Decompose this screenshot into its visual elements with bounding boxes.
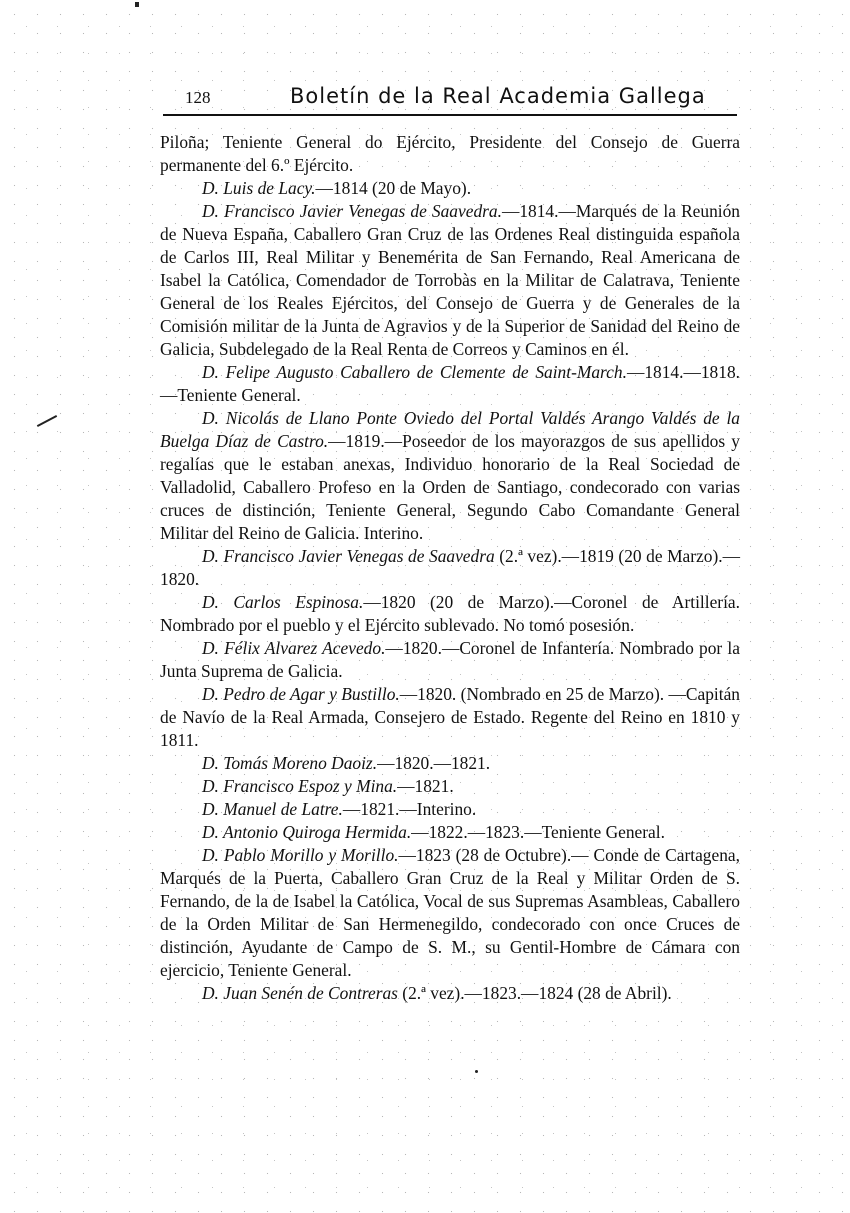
header-rule	[163, 114, 737, 116]
page-number: 128	[185, 88, 211, 108]
person-name: D. Félix Alvarez Acevedo.	[202, 638, 385, 658]
paragraph: D. Juan Senén de Contreras (2.ª vez).—18…	[160, 982, 740, 1005]
paragraph: D. Pedro de Agar y Bustillo.—1820. (Nomb…	[160, 683, 740, 752]
person-name: D. Carlos Espinosa.	[202, 592, 363, 612]
paragraph: D. Pablo Morillo y Morillo.—1823 (28 de …	[160, 844, 740, 982]
scan-mark	[475, 1070, 478, 1073]
paragraph: Piloña; Teniente General do Ejército, Pr…	[160, 131, 740, 177]
person-name: D. Pablo Morillo y Morillo.	[202, 845, 398, 865]
person-name: D. Antonio Quiroga Hermida.	[202, 822, 411, 842]
scan-mark	[135, 2, 139, 7]
margin-pencil-mark	[37, 415, 57, 427]
paragraph: D. Carlos Espinosa.—1820 (20 de Marzo).—…	[160, 591, 740, 637]
paragraph: D. Francisco Javier Venegas de Saavedra.…	[160, 200, 740, 361]
person-name: D. Pedro de Agar y Bustillo.	[202, 684, 400, 704]
paragraph: D. Manuel de Latre.—1821.—Interino.	[160, 798, 740, 821]
person-name: D. Francisco Javier Venegas de Saavedra.	[202, 201, 502, 221]
paragraph: D. Nicolás de Llano Ponte Oviedo del Por…	[160, 407, 740, 545]
paragraph: D. Luis de Lacy.—1814 (20 de Mayo).	[160, 177, 740, 200]
person-name: D. Luis de Lacy.	[202, 178, 316, 198]
person-name: D. Tomás Moreno Daoiz.	[202, 753, 377, 773]
paragraph: D. Antonio Quiroga Hermida.—1822.—1823.—…	[160, 821, 740, 844]
person-name: D. Francisco Javier Venegas de Saavedra	[202, 546, 495, 566]
person-name: D. Manuel de Latre.	[202, 799, 343, 819]
paragraph: D. Félix Alvarez Acevedo.—1820.—Coronel …	[160, 637, 740, 683]
body-text: Piloña; Teniente General do Ejército, Pr…	[160, 131, 740, 1005]
paragraph: D. Francisco Espoz y Mina.—1821.	[160, 775, 740, 798]
running-title: Boletín de la Real Academia Gallega	[290, 84, 706, 108]
person-name: D. Francisco Espoz y Mina.	[202, 776, 397, 796]
person-name: D. Juan Senén de Contreras	[202, 983, 398, 1003]
paragraph: D. Felipe Augusto Caballero de Clemente …	[160, 361, 740, 407]
paragraph: D. Francisco Javier Venegas de Saavedra …	[160, 545, 740, 591]
person-name: D. Felipe Augusto Caballero de Clemente …	[202, 362, 627, 382]
page-header: 128 Boletín de la Real Academia Gallega	[160, 84, 740, 114]
paragraph: D. Tomás Moreno Daoiz.—1820.—1821.	[160, 752, 740, 775]
